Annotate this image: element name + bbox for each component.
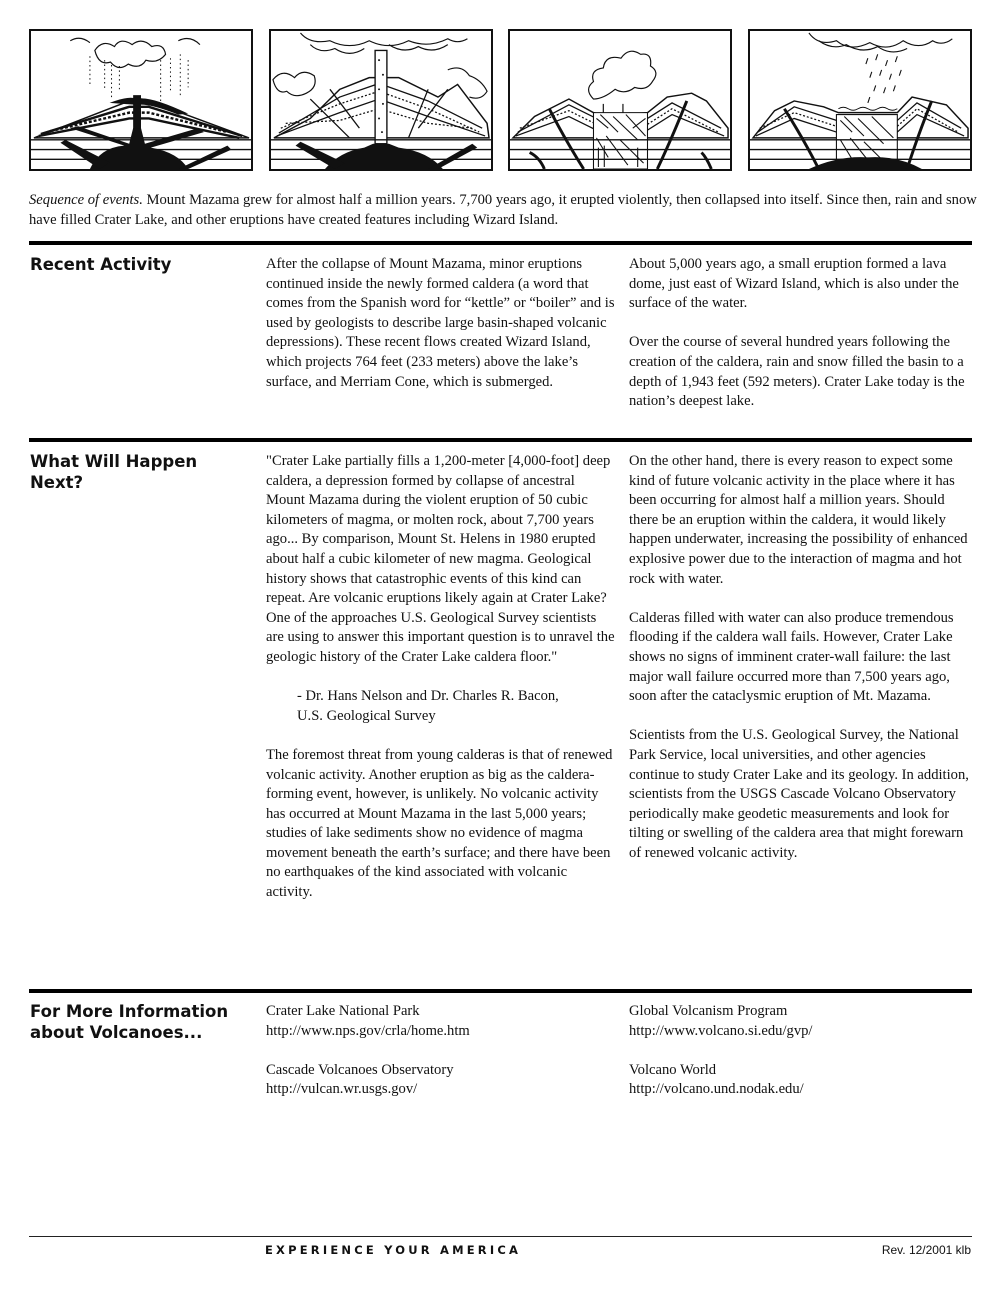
more-info-column-1: Crater Lake National Park http://www.nps… (266, 1002, 616, 1120)
caldera-collapse-illustration (510, 31, 730, 169)
what-next-column-2: On the other hand, there is every reason… (629, 452, 975, 863)
caption-lead: Sequence of events. (29, 192, 143, 208)
quote-paragraph: "Crater Lake partially fills a 1,200-met… (266, 452, 616, 668)
illustration-stage-4 (748, 29, 972, 171)
resource-title: Volcano World (629, 1061, 975, 1081)
paragraph: Scientists from the U.S. Geological Surv… (629, 726, 975, 863)
quote-attribution: - Dr. Hans Nelson and Dr. Charles R. Bac… (266, 687, 616, 726)
revision-note: Rev. 12/2001 klb (882, 1243, 971, 1257)
section-heading-more-info: For More Information about Volcanoes... (30, 1001, 250, 1043)
heading-line: about Volcanoes... (30, 1023, 202, 1042)
paragraph: The foremost threat from young calderas … (266, 746, 616, 903)
section-heading-recent-activity: Recent Activity (30, 254, 250, 275)
resource-title: Cascade Volcanoes Observatory (266, 1061, 616, 1081)
resource-link: Global Volcanism Program http://www.volc… (629, 1002, 975, 1041)
paragraph: Calderas filled with water can also prod… (629, 609, 975, 707)
section-divider-what-next (29, 438, 972, 442)
crater-lake-filling-illustration (750, 31, 970, 169)
attribution-authors: - Dr. Hans Nelson and Dr. Charles R. Bac… (297, 688, 559, 704)
paragraph: After the collapse of Mount Mazama, mino… (266, 255, 616, 392)
paragraph: Over the course of several hundred years… (629, 333, 975, 411)
resource-title: Crater Lake National Park (266, 1002, 616, 1022)
volcano-violent-eruption-illustration (271, 31, 491, 169)
heading-line: For More Information (30, 1002, 228, 1021)
resource-url[interactable]: http://www.volcano.si.edu/gvp/ (629, 1022, 975, 1042)
recent-activity-column-1: After the collapse of Mount Mazama, mino… (266, 255, 616, 392)
attribution-organization: U.S. Geological Survey (297, 708, 436, 724)
section-heading-what-next: What Will Happen Next? (30, 451, 250, 493)
resource-url[interactable]: http://volcano.und.nodak.edu/ (629, 1080, 975, 1100)
resource-link: Volcano World http://volcano.und.nodak.e… (629, 1061, 975, 1100)
illustration-stage-3 (508, 29, 732, 171)
illustration-stage-2 (269, 29, 493, 171)
what-next-column-1: "Crater Lake partially fills a 1,200-met… (266, 452, 616, 903)
illustration-stage-1 (29, 29, 253, 171)
resource-link: Cascade Volcanoes Observatory http://vul… (266, 1061, 616, 1100)
resource-url[interactable]: http://vulcan.wr.usgs.gov/ (266, 1080, 616, 1100)
footer-divider (29, 1236, 972, 1237)
recent-activity-column-2: About 5,000 years ago, a small eruption … (629, 255, 975, 412)
illustration-caption: Sequence of events. Mount Mazama grew fo… (29, 190, 979, 230)
section-divider-recent-activity (29, 241, 972, 245)
footer-tagline: EXPERIENCE YOUR AMERICA (265, 1243, 521, 1257)
section-divider-more-info (29, 989, 972, 993)
resource-link: Crater Lake National Park http://www.nps… (266, 1002, 616, 1041)
paragraph: On the other hand, there is every reason… (629, 452, 975, 589)
caption-text: Mount Mazama grew for almost half a mill… (29, 192, 977, 228)
resource-url[interactable]: http://www.nps.gov/crla/home.htm (266, 1022, 616, 1042)
more-info-column-2: Global Volcanism Program http://www.volc… (629, 1002, 975, 1120)
resource-title: Global Volcanism Program (629, 1002, 975, 1022)
volcano-eruption-illustration (31, 31, 251, 169)
paragraph: About 5,000 years ago, a small eruption … (629, 255, 975, 314)
